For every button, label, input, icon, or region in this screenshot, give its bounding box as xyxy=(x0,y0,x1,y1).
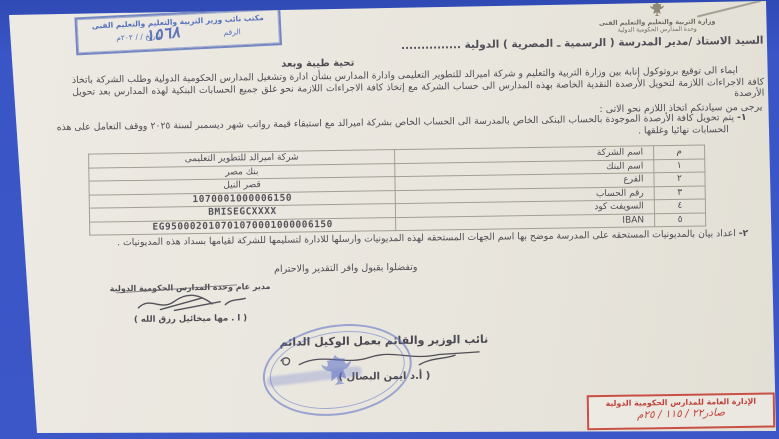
row-label-cell: IBAN xyxy=(396,213,655,230)
director-signature-icon xyxy=(130,292,250,314)
row-number-cell: م xyxy=(654,145,705,159)
row-number-cell: ١ xyxy=(654,159,705,173)
eagle-emblem-icon xyxy=(648,1,666,17)
item-1-number: ١- xyxy=(737,112,747,123)
item-2-number: ٢- xyxy=(739,228,749,239)
outgoing-registry-box: الإدارة العامة للمدارس الحكومية الدولية … xyxy=(587,392,775,430)
row-number-cell: ٤ xyxy=(654,199,705,213)
letter-paper: مكتب نائب وزير التربية والتعليم والتعليم… xyxy=(0,0,779,439)
row-number-cell: ٢ xyxy=(654,172,705,186)
letter-content: مكتب نائب وزير التربية والتعليم والتعليم… xyxy=(9,0,771,439)
row-number-cell: ٥ xyxy=(655,212,706,226)
office-number-stamp: مكتب نائب وزير التربية والتعليم والتعليم… xyxy=(74,7,282,55)
director-name: ( ا . مها ميخائيل رزق الله ) xyxy=(105,313,275,326)
addressee-line: السيد الاستاذ /مدير المدرسة ( الرسمية ـ … xyxy=(401,35,764,52)
handwritten-reference-number: ١٥٦٨ xyxy=(144,22,180,45)
bank-details-table: م اسم الشركة شركة اميرالد للتطوير التعلي… xyxy=(88,144,706,235)
office-stamp-number-label: الرقم xyxy=(223,27,241,37)
director-signature-block: مدير عام وحدة المدارس الحكومية الدولية (… xyxy=(105,282,276,326)
row-number-cell: ٣ xyxy=(654,186,705,200)
closing-line: وتفضلوا بقبول وافر التقدير والاحترام xyxy=(13,258,679,279)
scanned-letter-photo: { "colors": { "background_blue": "#3a55c… xyxy=(0,0,779,439)
list-item-1: ١- يتم تحويل كافة الأرصدة الموجودة بالحس… xyxy=(57,112,747,145)
item-1-text: يتم تحويل كافة الأرصدة الموجودة بالحساب … xyxy=(57,112,734,136)
unit-name: وحدة المدارس الحكومية الدولية xyxy=(557,25,757,36)
ministry-header: وزارة التربية والتعليم والتعليم الفنى وح… xyxy=(557,0,757,36)
